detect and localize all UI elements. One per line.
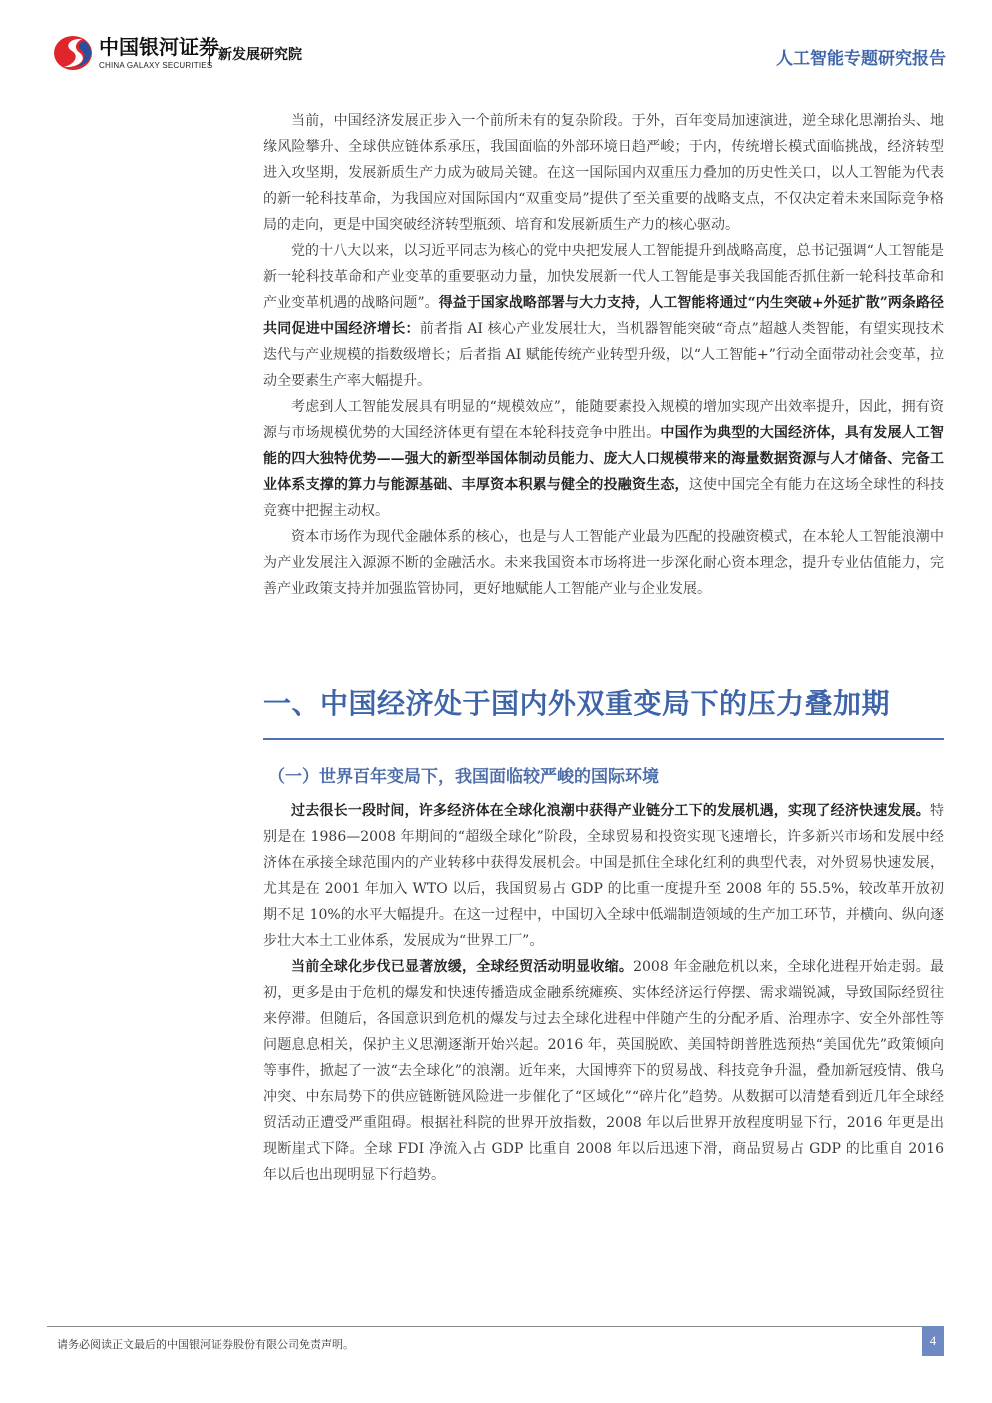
bold-text-segment: 过去很长一段时间，许多经济体在全球化浪潮中获得产业链分工下的发展机遇，实现了经济…	[291, 803, 930, 819]
intro-paragraph-4: 资本市场作为现代金融体系的核心，也是与人工智能产业最为匹配的投融资模式，在本轮人…	[263, 524, 944, 602]
china-galaxy-logo-icon	[52, 34, 94, 72]
section-heading: 一、中国经济处于国内外双重变局下的压力叠加期	[263, 682, 890, 722]
text-segment: 2008 年金融危机以来，全球化进程开始走弱。最初，更多是由于危机的爆发和快速传…	[263, 959, 944, 1183]
text-segment: 资本市场作为现代金融体系的核心，也是与人工智能产业最为匹配的投融资模式，在本轮人…	[263, 529, 944, 597]
subsection-heading: （一）世界百年变局下，我国面临较严峻的国际环境	[268, 762, 659, 787]
footer-divider	[47, 1326, 923, 1327]
page-number: 4	[922, 1326, 944, 1356]
intro-section: 当前，中国经济发展正步入一个前所未有的复杂阶段。于外，百年变局加速演进，逆全球化…	[263, 108, 944, 602]
body-paragraph-1: 过去很长一段时间，许多经济体在全球化浪潮中获得产业链分工下的发展机遇，实现了经济…	[263, 798, 944, 954]
body-paragraph-2: 当前全球化步伐已显著放缓，全球经贸活动明显收缩。2008 年金融危机以来，全球化…	[263, 954, 944, 1188]
text-segment: 特别是在 1986—2008 年期间的“超级全球化”阶段，全球贸易和投资实现飞速…	[263, 803, 944, 949]
brand-divider	[209, 42, 210, 66]
bold-text-segment: 当前全球化步伐已显著放缓，全球经贸活动明显收缩。	[291, 959, 633, 975]
subsection-body: 过去很长一段时间，许多经济体在全球化浪潮中获得产业链分工下的发展机遇，实现了经济…	[263, 798, 944, 1188]
section-heading-rule	[263, 738, 944, 740]
institute-name: 新发展研究院	[218, 44, 302, 64]
page-header: 中国银河证券 CHINA GALAXY SECURITIES 新发展研究院 人工…	[0, 0, 992, 90]
report-title: 人工智能专题研究报告	[776, 44, 946, 69]
brand-name-en: CHINA GALAXY SECURITIES	[99, 61, 212, 70]
intro-paragraph-1: 当前，中国经济发展正步入一个前所未有的复杂阶段。于外，百年变局加速演进，逆全球化…	[263, 108, 944, 238]
brand-name-cn: 中国银河证券	[99, 36, 219, 58]
intro-paragraph-3: 考虑到人工智能发展具有明显的“规模效应”，能随要素投入规模的增加实现产出效率提升…	[263, 394, 944, 524]
text-segment: 当前，中国经济发展正步入一个前所未有的复杂阶段。于外，百年变局加速演进，逆全球化…	[263, 113, 944, 233]
footer-disclaimer: 请务必阅读正文最后的中国银河证券股份有限公司免责声明。	[57, 1336, 354, 1352]
intro-paragraph-2: 党的十八大以来，以习近平同志为核心的党中央把发展人工智能提升到战略高度，总书记强…	[263, 238, 944, 394]
